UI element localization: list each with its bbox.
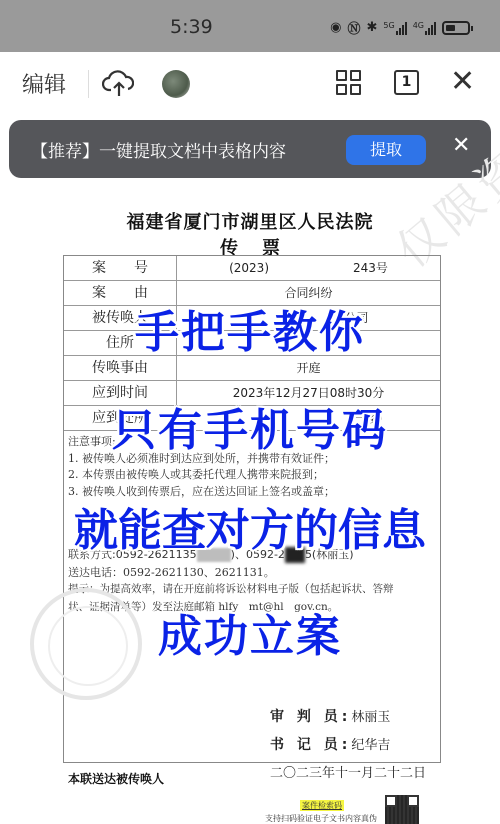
- eye-icon: ◉: [330, 20, 341, 35]
- overlay-line-4: 成功立案: [0, 600, 500, 664]
- overlay-line-2: 只有手机号码: [0, 394, 500, 458]
- row-label: 案 号: [64, 256, 177, 281]
- row-value: (2023) 243号: [177, 256, 440, 281]
- tip-line: 提示：为提高效率，请在开庭前将诉讼材料电子版（包括起诉状、答辩: [68, 581, 438, 599]
- clerk-line: 书 记 员:纪华吉: [270, 734, 390, 754]
- 4g-signal-icon: 4G: [413, 21, 436, 35]
- net-label-5g: 5G: [383, 21, 394, 30]
- bluetooth-icon: ✱: [367, 20, 378, 35]
- qr-code: [385, 795, 419, 824]
- nfc-icon: Ⓝ: [347, 18, 360, 37]
- banner-close-icon[interactable]: ✕: [452, 133, 470, 158]
- avatar[interactable]: [162, 70, 190, 98]
- battery-icon: [442, 21, 470, 35]
- toolbar-divider: [88, 70, 89, 98]
- judge-line: 审 判 员:林丽玉: [270, 706, 390, 726]
- court-name: 福建省厦门市湖里区人民法院: [0, 208, 500, 234]
- page-count-icon[interactable]: 1: [394, 70, 419, 95]
- footnote: 本联送达被传唤人: [68, 770, 164, 787]
- clerk-label: 书 记 员:: [270, 737, 351, 753]
- delivery-phone: 送达电话：0592-2621130、2621131。: [68, 564, 438, 582]
- overlay-line-1: 手把手教你: [0, 296, 500, 360]
- recommendation-banner: 【推荐】一键提取文档中表格内容 提取 ✕: [9, 120, 491, 178]
- extract-button[interactable]: 提取: [346, 135, 426, 165]
- clerk-name: 纪华吉: [351, 738, 390, 753]
- issue-date: 二〇二三年十一月二十二日: [270, 762, 426, 781]
- status-icons: ◉ Ⓝ ✱ 5G 4G: [330, 18, 470, 37]
- cloud-upload-icon[interactable]: [102, 68, 134, 98]
- status-bar: 5:39 ◉ Ⓝ ✱ 5G 4G: [0, 0, 500, 52]
- search-code-link[interactable]: 案件检索码: [300, 800, 344, 811]
- status-time: 5:39: [170, 16, 213, 38]
- edit-button[interactable]: 编辑: [22, 68, 66, 99]
- grid-icon[interactable]: [336, 70, 362, 96]
- top-toolbar: 编辑 1 ✕: [0, 52, 500, 114]
- judge-label: 审 判 员:: [270, 709, 351, 725]
- net-label-4g: 4G: [413, 21, 424, 30]
- judge-name: 林丽玉: [351, 710, 390, 725]
- close-icon[interactable]: ✕: [450, 66, 478, 98]
- table-row: 案 号 (2023) 243号: [64, 256, 440, 281]
- overlay-line-3: 就能查对方的信息: [0, 494, 500, 558]
- verify-text: 支持扫码验证电子文书内容真伪: [265, 813, 377, 824]
- banner-text: 【推荐】一键提取文档中表格内容: [31, 137, 286, 162]
- 5g-signal-icon: 5G: [383, 21, 406, 35]
- note-item: 2. 本传票由被传唤人或其委托代理人携带来院报到；: [68, 467, 438, 484]
